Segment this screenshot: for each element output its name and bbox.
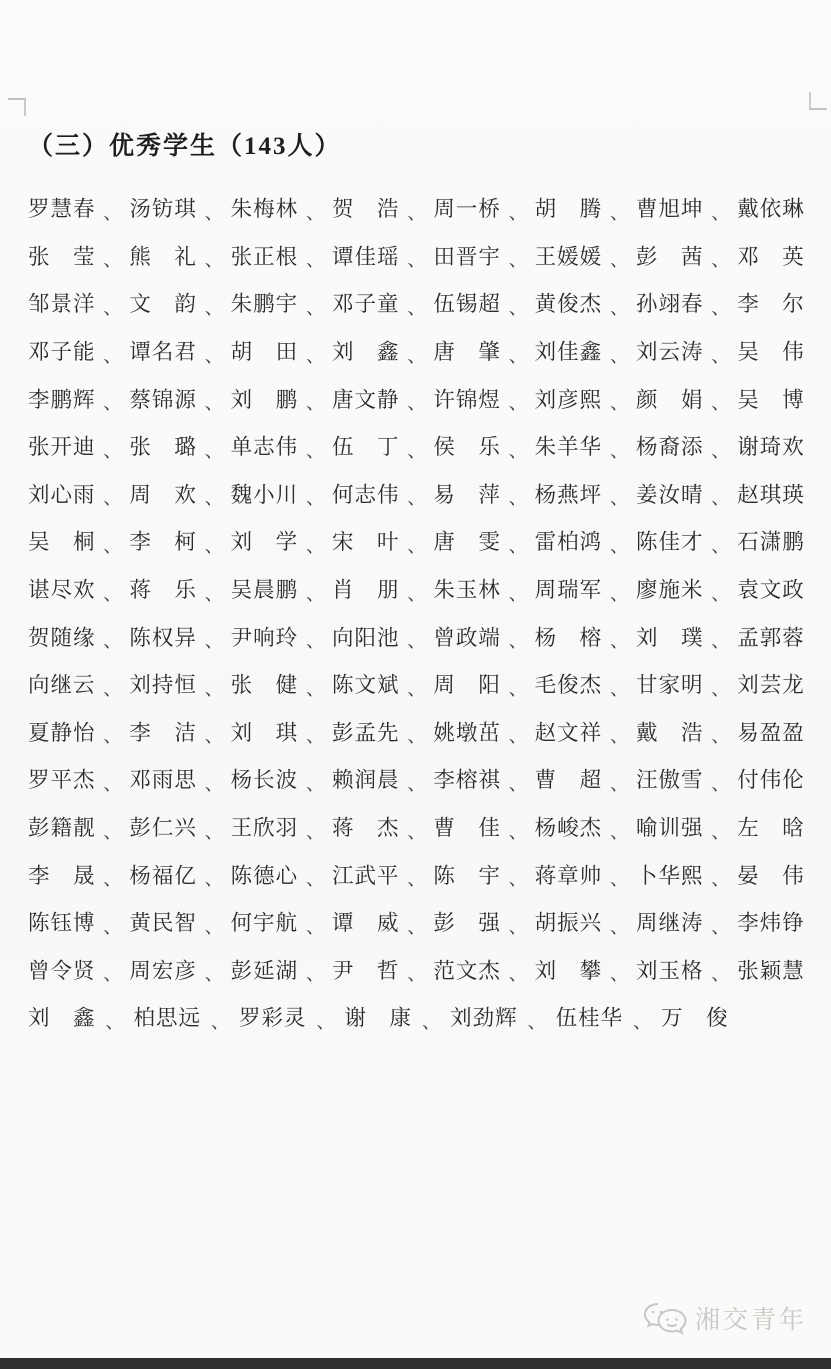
name-separator: 、	[711, 389, 729, 415]
student-name: 刘 鹏	[231, 383, 299, 414]
student-name: 李 洁	[129, 716, 197, 747]
name-separator: 、	[407, 960, 425, 986]
student-name: 胡 腾	[535, 192, 603, 223]
name-separator: 、	[103, 913, 121, 939]
name-separator: 、	[711, 294, 729, 320]
name-separator: 、	[711, 246, 729, 272]
student-name: 刘佳鑫	[535, 335, 603, 366]
student-name: 张 莹	[28, 240, 96, 271]
student-name: 卜华熙	[636, 859, 704, 890]
name-separator: 、	[509, 437, 527, 463]
student-name: 唐文静	[332, 383, 400, 414]
student-name: 赵琪瑛	[737, 478, 805, 509]
student-name: 戴 浩	[636, 716, 704, 747]
name-separator: 、	[509, 532, 527, 558]
name-separator: 、	[306, 960, 324, 986]
name-separator: 、	[205, 389, 223, 415]
name-separator: 、	[103, 818, 121, 844]
student-name: 杨燕坪	[535, 478, 603, 509]
name-separator: 、	[407, 865, 425, 891]
name-separator: 、	[407, 675, 425, 701]
student-row: 贺随缘、陈权异、尹响玲、向阳池、曾政端、杨 榕、刘 璞、孟郭蓉	[28, 612, 805, 660]
student-name: 彭孟先	[332, 716, 400, 747]
student-name: 陈权异	[129, 621, 197, 652]
name-separator: 、	[711, 960, 729, 986]
name-separator: 、	[711, 722, 729, 748]
student-name: 罗彩灵	[239, 1001, 307, 1032]
student-name: 杨福亿	[129, 859, 197, 890]
name-separator: 、	[711, 437, 729, 463]
student-row: 李 晟、杨福亿、陈德心、江武平、陈 宇、蒋章帅、卜华熙、晏 伟	[28, 850, 805, 898]
student-name: 廖施米	[636, 573, 704, 604]
student-name: 侯 乐	[433, 430, 501, 461]
name-separator: 、	[205, 532, 223, 558]
student-name: 罗平杰	[28, 763, 96, 794]
name-separator: 、	[306, 722, 324, 748]
student-name: 万 俊	[661, 1001, 729, 1032]
name-separator: 、	[205, 580, 223, 606]
student-name: 唐 肇	[433, 335, 501, 366]
student-name: 熊 礼	[129, 240, 197, 271]
student-name: 张开迪	[28, 430, 96, 461]
name-separator: 、	[306, 865, 324, 891]
name-separator: 、	[205, 770, 223, 796]
student-name: 周一桥	[433, 192, 501, 223]
student-name: 吴 桐	[28, 525, 96, 556]
student-name: 范文杰	[433, 954, 501, 985]
page-corner-mark-left	[8, 98, 26, 116]
bottom-bar	[0, 1358, 831, 1369]
name-separator: 、	[211, 1008, 229, 1034]
student-row: 刘心雨、周 欢、魏小川、何志伟、易 萍、杨燕坪、姜汝晴、赵琪瑛	[28, 470, 805, 518]
name-separator: 、	[610, 389, 628, 415]
name-separator: 、	[407, 580, 425, 606]
name-separator: 、	[711, 913, 729, 939]
name-separator: 、	[633, 1008, 651, 1034]
student-name: 李 晟	[28, 859, 96, 890]
student-name: 刘芸龙	[737, 668, 805, 699]
student-name: 刘 学	[231, 525, 299, 556]
name-separator: 、	[407, 342, 425, 368]
name-separator: 、	[306, 770, 324, 796]
name-separator: 、	[610, 675, 628, 701]
student-row: 邹景洋、文 韵、朱鹏宇、邓子童、伍锡超、黄俊杰、孙翊春、李 尔	[28, 279, 805, 327]
name-separator: 、	[205, 199, 223, 225]
name-separator: 、	[610, 818, 628, 844]
student-name: 刘 璞	[636, 621, 704, 652]
student-row: 张开迪、张 璐、单志伟、伍 丁、侯 乐、朱羊华、杨裔添、谢琦欢	[28, 422, 805, 470]
student-name: 张颖慧	[737, 954, 805, 985]
name-separator: 、	[103, 532, 121, 558]
name-separator: 、	[407, 770, 425, 796]
name-separator: 、	[407, 627, 425, 653]
student-name: 胡 田	[231, 335, 299, 366]
name-separator: 、	[306, 199, 324, 225]
student-name: 曾政端	[433, 621, 501, 652]
name-separator: 、	[103, 437, 121, 463]
name-separator: 、	[407, 246, 425, 272]
student-name: 李鹏辉	[28, 383, 96, 414]
name-separator: 、	[317, 1008, 335, 1034]
student-name: 谭 威	[332, 906, 400, 937]
wechat-logo-icon	[643, 1300, 687, 1336]
student-name: 谌尽欢	[28, 573, 96, 604]
student-name: 邓雨思	[129, 763, 197, 794]
student-name: 刘彦熙	[535, 383, 603, 414]
student-row: 李鹏辉、蔡锦源、刘 鹏、唐文静、许锦煜、刘彦熙、颜 娟、吴 博	[28, 374, 805, 422]
name-separator: 、	[509, 246, 527, 272]
name-separator: 、	[103, 770, 121, 796]
name-separator: 、	[509, 722, 527, 748]
name-separator: 、	[711, 770, 729, 796]
student-name: 文 韵	[129, 287, 197, 318]
name-separator: 、	[306, 627, 324, 653]
name-separator: 、	[407, 389, 425, 415]
student-name: 曹旭坤	[636, 192, 704, 223]
student-name: 刘玉格	[636, 954, 704, 985]
name-separator: 、	[205, 627, 223, 653]
student-name: 袁文政	[737, 573, 805, 604]
student-name: 邓子童	[332, 287, 400, 318]
student-name: 陈德心	[231, 859, 299, 890]
student-name: 唐 雯	[433, 525, 501, 556]
student-name: 孙翊春	[636, 287, 704, 318]
student-name: 孟郭蓉	[737, 621, 805, 652]
name-separator: 、	[610, 913, 628, 939]
student-name: 邹景洋	[28, 287, 96, 318]
name-separator: 、	[407, 818, 425, 844]
student-name: 易盈盈	[737, 716, 805, 747]
student-name: 彭延湖	[231, 954, 299, 985]
student-name: 喻训强	[636, 811, 704, 842]
student-name: 姚墩茁	[433, 716, 501, 747]
student-name: 贺 浩	[332, 192, 400, 223]
student-name: 李榕祺	[433, 763, 501, 794]
student-row: 向继云、刘持恒、张 健、陈文斌、周 阳、毛俊杰、甘家明、刘芸龙	[28, 660, 805, 708]
name-separator: 、	[103, 960, 121, 986]
name-separator: 、	[610, 960, 628, 986]
name-separator: 、	[205, 960, 223, 986]
student-name: 田晋宇	[433, 240, 501, 271]
student-row: 彭籍靓、彭仁兴、王欣羽、蒋 杰、曹 佳、杨峻杰、喻训强、左 晗	[28, 803, 805, 851]
name-separator: 、	[306, 675, 324, 701]
name-separator: 、	[711, 675, 729, 701]
student-name: 刘持恒	[129, 668, 197, 699]
name-separator: 、	[103, 294, 121, 320]
student-name: 刘心雨	[28, 478, 96, 509]
name-separator: 、	[407, 484, 425, 510]
name-separator: 、	[407, 913, 425, 939]
name-separator: 、	[306, 437, 324, 463]
name-separator: 、	[422, 1008, 440, 1034]
student-name: 周 欢	[129, 478, 197, 509]
student-name: 刘劲辉	[450, 1001, 518, 1032]
student-name: 陈钰博	[28, 906, 96, 937]
name-separator: 、	[610, 627, 628, 653]
student-name: 蒋 乐	[129, 573, 197, 604]
name-separator: 、	[610, 437, 628, 463]
name-separator: 、	[306, 342, 324, 368]
student-name: 王欣羽	[231, 811, 299, 842]
name-separator: 、	[407, 294, 425, 320]
student-name: 周 阳	[433, 668, 501, 699]
name-separator: 、	[711, 484, 729, 510]
name-separator: 、	[205, 913, 223, 939]
name-separator: 、	[610, 532, 628, 558]
name-separator: 、	[106, 1008, 124, 1034]
student-name: 刘 鑫	[332, 335, 400, 366]
name-separator: 、	[610, 865, 628, 891]
student-name: 刘 攀	[535, 954, 603, 985]
name-separator: 、	[306, 294, 324, 320]
name-separator: 、	[610, 199, 628, 225]
student-name: 邓子能	[28, 335, 96, 366]
name-separator: 、	[306, 580, 324, 606]
student-name: 彭籍靓	[28, 811, 96, 842]
name-separator: 、	[528, 1008, 546, 1034]
student-name: 谭佳瑶	[332, 240, 400, 271]
student-name: 朱玉林	[433, 573, 501, 604]
name-separator: 、	[407, 437, 425, 463]
student-name: 张 璐	[129, 430, 197, 461]
student-name: 伍锡超	[433, 287, 501, 318]
student-name: 石潇鹏	[737, 525, 805, 556]
student-name: 刘 鑫	[28, 1001, 96, 1032]
name-separator: 、	[306, 532, 324, 558]
name-separator: 、	[205, 294, 223, 320]
student-name: 吴晨鹏	[231, 573, 299, 604]
student-name: 伍桂华	[556, 1001, 624, 1032]
student-name: 宋 叶	[332, 525, 400, 556]
name-separator: 、	[407, 199, 425, 225]
student-name: 曾令贤	[28, 954, 96, 985]
student-name: 晏 伟	[737, 859, 805, 890]
student-name: 赵文祥	[535, 716, 603, 747]
name-separator: 、	[306, 484, 324, 510]
student-row: 刘 鑫、柏思远、罗彩灵、谢 康、刘劲辉、伍桂华、万 俊	[28, 993, 805, 1041]
student-name: 向继云	[28, 668, 96, 699]
name-separator: 、	[711, 627, 729, 653]
student-list: 罗慧春、汤钫琪、朱梅林、贺 浩、周一桥、胡 腾、曹旭坤、戴依琳张 莹、熊 礼、张…	[28, 184, 805, 1041]
student-name: 赖润晨	[332, 763, 400, 794]
student-name: 陈文斌	[332, 668, 400, 699]
name-separator: 、	[509, 389, 527, 415]
name-separator: 、	[205, 818, 223, 844]
name-separator: 、	[103, 199, 121, 225]
student-name: 尹响玲	[231, 621, 299, 652]
name-separator: 、	[103, 246, 121, 272]
student-name: 肖 朋	[332, 573, 400, 604]
name-separator: 、	[509, 818, 527, 844]
student-row: 张 莹、熊 礼、张正根、谭佳瑶、田晋宇、王媛媛、彭 茜、邓 英	[28, 232, 805, 280]
student-name: 何志伟	[332, 478, 400, 509]
student-name: 杨裔添	[636, 430, 704, 461]
name-separator: 、	[509, 627, 527, 653]
student-name: 谢琦欢	[737, 430, 805, 461]
student-name: 易 萍	[433, 478, 501, 509]
name-separator: 、	[103, 865, 121, 891]
student-name: 李 柯	[129, 525, 197, 556]
name-separator: 、	[509, 342, 527, 368]
name-separator: 、	[103, 675, 121, 701]
student-name: 黄俊杰	[535, 287, 603, 318]
student-name: 谭名君	[129, 335, 197, 366]
name-separator: 、	[103, 342, 121, 368]
name-separator: 、	[509, 675, 527, 701]
student-name: 周瑞军	[535, 573, 603, 604]
name-separator: 、	[711, 580, 729, 606]
student-name: 陈 宇	[433, 859, 501, 890]
name-separator: 、	[205, 865, 223, 891]
student-name: 杨峻杰	[535, 811, 603, 842]
name-separator: 、	[306, 246, 324, 272]
name-separator: 、	[306, 389, 324, 415]
student-name: 彭 强	[433, 906, 501, 937]
student-name: 罗慧春	[28, 192, 96, 223]
student-name: 曹 超	[535, 763, 603, 794]
name-separator: 、	[103, 484, 121, 510]
student-name: 杨 榕	[535, 621, 603, 652]
name-separator: 、	[509, 484, 527, 510]
page-corner-mark-right	[809, 92, 827, 110]
student-name: 戴依琳	[737, 192, 805, 223]
name-separator: 、	[610, 722, 628, 748]
student-row: 曾令贤、周宏彦、彭延湖、尹 哲、范文杰、刘 攀、刘玉格、张颖慧	[28, 946, 805, 994]
student-name: 吴 伟	[737, 335, 805, 366]
name-separator: 、	[306, 913, 324, 939]
name-separator: 、	[205, 484, 223, 510]
student-name: 江武平	[332, 859, 400, 890]
student-name: 周继涛	[636, 906, 704, 937]
student-name: 张正根	[231, 240, 299, 271]
name-separator: 、	[103, 722, 121, 748]
name-separator: 、	[509, 770, 527, 796]
student-name: 陈佳才	[636, 525, 704, 556]
student-name: 姜汝晴	[636, 478, 704, 509]
student-name: 左 晗	[737, 811, 805, 842]
student-name: 王媛媛	[535, 240, 603, 271]
student-name: 李 尔	[737, 287, 805, 318]
student-name: 朱梅林	[231, 192, 299, 223]
watermark-text: 湘交青年	[695, 1300, 807, 1336]
student-name: 蒋 杰	[332, 811, 400, 842]
student-name: 蒋章帅	[535, 859, 603, 890]
student-name: 彭 茜	[636, 240, 704, 271]
name-separator: 、	[306, 818, 324, 844]
name-separator: 、	[711, 342, 729, 368]
name-separator: 、	[610, 484, 628, 510]
student-name: 向阳池	[332, 621, 400, 652]
name-separator: 、	[205, 722, 223, 748]
student-name: 朱羊华	[535, 430, 603, 461]
name-separator: 、	[509, 913, 527, 939]
student-name: 单志伟	[231, 430, 299, 461]
student-name: 曹 佳	[433, 811, 501, 842]
name-separator: 、	[103, 627, 121, 653]
student-name: 杨长波	[231, 763, 299, 794]
name-separator: 、	[610, 294, 628, 320]
student-name: 李炜铮	[737, 906, 805, 937]
student-name: 颜 娟	[636, 383, 704, 414]
student-name: 吴 博	[737, 383, 805, 414]
name-separator: 、	[711, 199, 729, 225]
student-name: 甘家明	[636, 668, 704, 699]
student-name: 邓 英	[737, 240, 805, 271]
student-name: 谢 康	[345, 1001, 413, 1032]
student-row: 吴 桐、李 柯、刘 学、宋 叶、唐 雯、雷柏鸿、陈佳才、石潇鹏	[28, 517, 805, 565]
student-name: 彭仁兴	[129, 811, 197, 842]
student-name: 魏小川	[231, 478, 299, 509]
student-row: 罗平杰、邓雨思、杨长波、赖润晨、李榕祺、曹 超、汪傲雪、付伟伦	[28, 755, 805, 803]
wechat-watermark: 湘交青年	[643, 1300, 807, 1336]
student-name: 许锦煜	[433, 383, 501, 414]
name-separator: 、	[205, 246, 223, 272]
student-name: 胡振兴	[535, 906, 603, 937]
name-separator: 、	[610, 580, 628, 606]
student-name: 尹 哲	[332, 954, 400, 985]
name-separator: 、	[509, 199, 527, 225]
name-separator: 、	[509, 580, 527, 606]
student-name: 周宏彦	[129, 954, 197, 985]
name-separator: 、	[711, 532, 729, 558]
student-name: 黄民智	[129, 906, 197, 937]
name-separator: 、	[509, 294, 527, 320]
document-page: （三）优秀学生（143人） 罗慧春、汤钫琪、朱梅林、贺 浩、周一桥、胡 腾、曹旭…	[0, 0, 831, 1369]
name-separator: 、	[103, 389, 121, 415]
student-name: 朱鹏宇	[231, 287, 299, 318]
name-separator: 、	[205, 437, 223, 463]
name-separator: 、	[610, 770, 628, 796]
student-name: 汤钫琪	[129, 192, 197, 223]
student-name: 柏思远	[134, 1001, 202, 1032]
name-separator: 、	[610, 342, 628, 368]
student-row: 夏静怡、李 洁、刘 琪、彭孟先、姚墩茁、赵文祥、戴 浩、易盈盈	[28, 708, 805, 756]
name-separator: 、	[509, 865, 527, 891]
student-name: 刘云涛	[636, 335, 704, 366]
name-separator: 、	[407, 722, 425, 748]
name-separator: 、	[205, 675, 223, 701]
student-row: 陈钰博、黄民智、何宇航、谭 威、彭 强、胡振兴、周继涛、李炜铮	[28, 898, 805, 946]
student-name: 付伟伦	[737, 763, 805, 794]
student-name: 伍 丁	[332, 430, 400, 461]
student-name: 何宇航	[231, 906, 299, 937]
student-name: 雷柏鸿	[535, 525, 603, 556]
student-name: 蔡锦源	[129, 383, 197, 414]
student-name: 毛俊杰	[535, 668, 603, 699]
student-name: 张 健	[231, 668, 299, 699]
student-row: 邓子能、谭名君、胡 田、刘 鑫、唐 肇、刘佳鑫、刘云涛、吴 伟	[28, 327, 805, 375]
name-separator: 、	[610, 246, 628, 272]
student-name: 刘 琪	[231, 716, 299, 747]
name-separator: 、	[509, 960, 527, 986]
name-separator: 、	[407, 532, 425, 558]
student-row: 罗慧春、汤钫琪、朱梅林、贺 浩、周一桥、胡 腾、曹旭坤、戴依琳	[28, 184, 805, 232]
name-separator: 、	[711, 865, 729, 891]
student-row: 谌尽欢、蒋 乐、吴晨鹏、肖 朋、朱玉林、周瑞军、廖施米、袁文政	[28, 565, 805, 613]
name-separator: 、	[711, 818, 729, 844]
name-separator: 、	[103, 580, 121, 606]
section-title: （三）优秀学生（143人）	[28, 126, 342, 162]
student-name: 夏静怡	[28, 716, 96, 747]
student-name: 汪傲雪	[636, 763, 704, 794]
student-name: 贺随缘	[28, 621, 96, 652]
name-separator: 、	[205, 342, 223, 368]
